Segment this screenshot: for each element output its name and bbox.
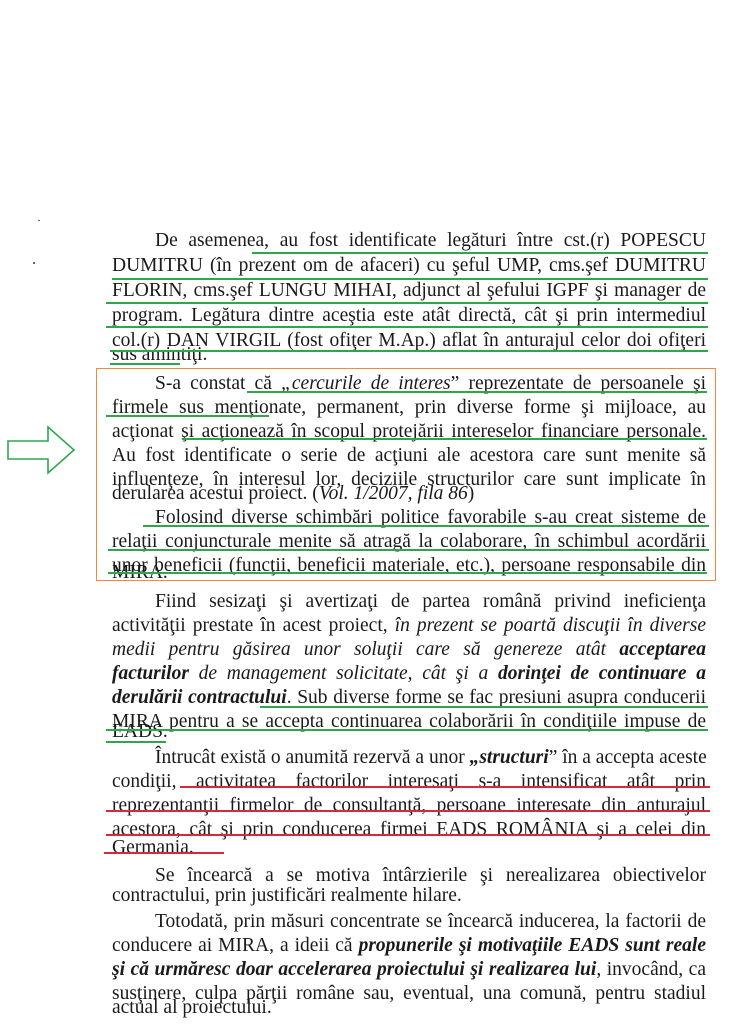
text-segment: ) [468,483,475,504]
green-underline [108,549,709,551]
text-line: activităţii prestate în acest proiect, î… [112,614,706,638]
text-line: Au fost identificate o serie de acţiuni … [112,444,706,468]
citation: Vol. 1/2007, fila 86 [319,483,468,504]
green-underline [106,415,269,417]
text-line: Întrucât există o anumită rezervă a unor… [155,746,706,770]
text-line: facturilor de management solicitate, cât… [112,662,706,686]
red-underline [104,852,224,854]
text-segment: activităţii prestate în acest proiect, [112,615,395,636]
text-line: şi că urmăresc doar accelerarea proiectu… [112,958,706,982]
bold-italic-segment: derulării contractului [112,687,287,708]
red-underline [180,786,710,788]
italic-segment: de management solicitate, cât şi a [189,663,498,684]
text-line: contractului, prin justificări realmente… [112,884,706,908]
green-underline [252,252,708,254]
green-underline [247,391,707,393]
green-underline [110,350,708,352]
text-line: acţionat şi acţionează în scopul protejă… [112,420,706,444]
text-line: EADS. [112,720,706,744]
text-line: condiţii, activitatea factorilor interes… [112,770,706,794]
green-underline [106,326,708,328]
right-arrow-icon [6,425,76,475]
bold-italic-segment: dorinţei de continuare a [498,663,706,684]
text-segment: derularea acestui proiect. ( [112,483,319,504]
text-line: Germania. [112,836,706,860]
green-underline [106,741,166,743]
green-underline [110,363,180,365]
bold-italic-segment: şi că urmăresc doar accelerarea proiectu… [112,959,596,980]
text-line: sus amintiţi. [112,343,706,367]
green-underline [182,438,707,440]
red-underline [106,834,710,836]
bold-italic-segment: propunerile şi motivaţiile EADS sunt rea… [359,935,706,956]
text-line: Totodată, prin măsuri concentrate se înc… [155,910,706,934]
green-underline [112,278,708,280]
text-segment: . Sub diverse forme se fac presiuni asup… [287,687,706,708]
text-line: program. Legătura dintre aceştia este at… [112,304,706,328]
red-underline [106,810,710,812]
text-line: DUMITRU (în prezent om de afaceri) cu şe… [112,254,706,278]
bold-italic-segment: acceptarea [619,639,706,660]
text-line: reprezentanţii firmelor de consultanţă, … [112,794,706,818]
text-line: medii pentru găsirea unor soluţii care s… [112,638,706,662]
italic-segment: în prezent se poartă discuţii în diverse [395,615,706,636]
green-underline [106,302,708,304]
text-segment: , invocând, ca [596,959,706,980]
text-segment: ” în a accepta aceste [549,747,707,768]
quoted-term: „structuri [470,747,549,768]
green-underline [108,572,707,574]
scanned-document-page: De asemenea, au fost identificate legătu… [0,0,745,1024]
text-segment: Întrucât există o anumită rezervă a unor [155,747,470,768]
scan-speck [33,262,35,264]
text-segment: conducere ai MIRA, a ideii că [112,935,359,956]
text-line: derularea acestui proiect. (Vol. 1/2007,… [112,482,706,506]
scan-speck [38,220,40,221]
text-line: Fiind sesizaţi şi avertizaţi de partea r… [155,590,706,614]
bold-italic-segment: facturilor [112,663,189,684]
text-line: De asemenea, au fost identificate legătu… [155,229,706,253]
text-line: conducere ai MIRA, a ideii că propuneril… [112,934,706,958]
text-line: FLORIN, cms.şef LUNGU MIHAI, adjunct al … [112,279,706,303]
green-underline [106,729,708,731]
italic-segment: medii pentru găsirea unor soluţii care s… [112,639,619,660]
text-line: actual al proiectului. [112,996,706,1020]
green-underline [143,525,709,527]
green-underline [260,706,708,708]
